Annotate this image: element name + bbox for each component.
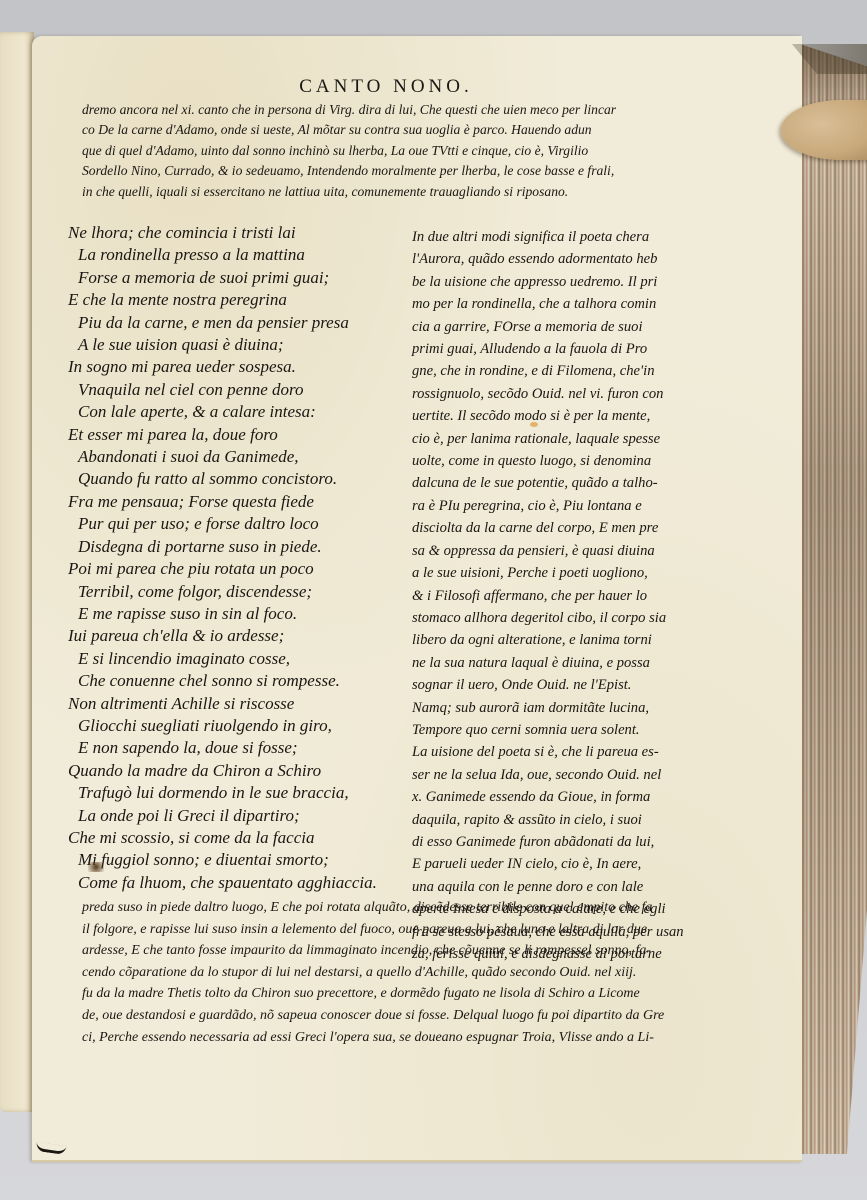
facing-page-edge [0,32,34,1112]
verse-line: Gliocchi suegliati riuolgendo in giro, [68,715,408,737]
commentary-line: uertite. Il secõdo modo si è per la ment… [412,405,712,427]
commentary-line: ra è PIu peregrina, cio è, Piu lontana e [412,495,712,517]
verse-line: E me rapisse suso in sin al foco. [68,603,408,625]
verse-line: Non altrimenti Achille si riscosse [68,693,408,715]
intro-commentary: dremo ancora nel xi. canto che in person… [82,100,704,202]
commentary-line: una aquila con le penne doro e con lale [412,876,712,898]
commentary-line: cia a garrire, FOrse a memoria de suoi [412,316,712,338]
commentary-line: rossignuolo, secõdo Ouid. nel vi. furon … [412,383,712,405]
foxing-spot [530,422,538,427]
commentary-line: a le sue uisioni, Perche i poeti uoglion… [412,562,712,584]
commentary-line: ardesse, E che tanto fosse impaurito da … [82,940,707,962]
verse-line: Vnaquila nel ciel con penne doro [68,379,408,401]
verse-line: Quando fu ratto al sommo concistoro. [68,468,408,490]
commentary-line: dalcuna de le sue potentie, quãdo a talh… [412,472,712,494]
verse-line: Iui pareua ch'ella & io ardesse; [68,625,408,647]
verse-line: E non sapendo la, doue si fosse; [68,737,408,759]
verse-line: La rondinella presso a la mattina [68,244,408,266]
fore-edge-shadow [800,44,867,1154]
commentary-line: x. Ganimede essendo da Gioue, in forma [412,786,712,808]
verse-line: Forse a memoria de suoi primi guai; [68,267,408,289]
verse-line: Mi fuggiol sonno; e diuentai smorto; [68,849,408,871]
commentary-line: l'Aurora, quãdo essendo adormentato heb [412,248,712,270]
commentary-line: daquila, rapito & assũto in cielo, i suo… [412,809,712,831]
verse-line: Terribil, come folgor, discendesse; [68,581,408,603]
commentary-line: E parueli ueder IN cielo, cio è, In aere… [412,853,712,875]
commentary-line: di esso Ganimede furon abãdonati da lui, [412,831,712,853]
commentary-line: Sordello Nino, Currado, & io sedeuamo, I… [82,161,704,181]
verse-line: Piu da la carne, e men da pensier presa [68,312,408,334]
commentary-line: sognar il uero, Onde Ouid. ne l'Epist. [412,674,712,696]
verse-column: Ne lhora; che comincia i tristi lai La r… [68,222,408,894]
commentary-line: La uisione del poeta si è, che li pareua… [412,741,712,763]
verse-line: A le sue uision quasi è diuina; [68,334,408,356]
verse-line: Fra me pensaua; Forse questa fiede [68,491,408,513]
verse-line: Disdegna di portarne suso in piede. [68,536,408,558]
commentary-line: ci, Perche essendo necessaria ad essi Gr… [82,1027,707,1049]
commentary-line: Namq; sub aurorã iam dormitãte lucina, [412,697,712,719]
verse-line: Che mi scossio, si come da la faccia [68,827,408,849]
commentary-line: dremo ancora nel xi. canto che in person… [82,100,704,120]
commentary-line: cendo cõparatione da lo stupor di lui ne… [82,962,707,984]
verse-line: Che conuenne chel sonno si rompesse. [68,670,408,692]
verse-line: E che la mente nostra peregrina [68,289,408,311]
commentary-line: ne la sua natura laqual è diuina, e poss… [412,652,712,674]
commentary-line: co De la carne d'Adamo, onde si ueste, A… [82,120,704,140]
commentary-line: be la uisione che appresso uedremo. Il p… [412,271,712,293]
commentary-line: mo per la rondinella, che a talhora comi… [412,293,712,315]
verse-line: Et esser mi parea la, doue foro [68,424,408,446]
verse-line: La onde poi li Greci il dipartiro; [68,805,408,827]
commentary-line: in che quelli, iquali si essercitano ne … [82,182,704,202]
commentary-line: stomaco allhora degeritol cibo, il corpo… [412,607,712,629]
commentary-line: In due altri modi significa il poeta che… [412,226,712,248]
verse-line: Come fa lhuom, che spauentato agghiaccia… [68,872,408,894]
commentary-column: In due altri modi significa il poeta che… [412,226,712,965]
verse-line: In sogno mi parea ueder sospesa. [68,356,408,378]
commentary-line: de, oue destandosi e guardãdo, nõ sapeua… [82,1005,707,1027]
commentary-line: gne, che in rondine, e di Filomena, che'… [412,360,712,382]
running-head: CANTO NONO. [256,76,516,98]
commentary-line: il folgore, e rapisse lui suso insin a l… [82,919,707,941]
verse-line: Trafugò lui dormendo in le sue braccia, [68,782,408,804]
verse-line: Abandonati i suoi da Ganimede, [68,446,408,468]
commentary-line: uolte, come in questo luogo, si denomina [412,450,712,472]
commentary-line: sa & oppressa da pensieri, è quasi diuin… [412,540,712,562]
commentary-line: ser ne la selua Ida, oue, secondo Ouid. … [412,764,712,786]
commentary-line: & i Filosofi affermano, che per hauer lo [412,585,712,607]
commentary-line: que di quel d'Adamo, uinto dal sonno inc… [82,141,704,161]
verse-line: E si lincendio imaginato cosse, [68,648,408,670]
commentary-line: cio è, per lanima rationale, laquale spe… [412,428,712,450]
commentary-line: fu da la madre Thetis tolto da Chiron su… [82,983,707,1005]
commentary-line: disciolta da la carne del corpo, E men p… [412,517,712,539]
verse-line: Quando la madre da Chiron a Schiro [68,760,408,782]
ink-stain [88,862,104,872]
verse-line: Poi mi parea che piu rotata un poco [68,558,408,580]
commentary-line: preda suso in piede daltro luogo, E che … [82,897,707,919]
verse-line: Pur qui per uso; e forse daltro loco [68,513,408,535]
commentary-line: Tempore quo cerni somnia uera solent. [412,719,712,741]
continuation-commentary: preda suso in piede daltro luogo, E che … [82,897,707,1048]
commentary-line: primi guai, Alludendo a la fauola di Pro [412,338,712,360]
commentary-line: libero da ogni alteratione, e lanima tor… [412,629,712,651]
verse-line: Ne lhora; che comincia i tristi lai [68,222,408,244]
verse-line: Con lale aperte, & a calare intesa: [68,401,408,423]
